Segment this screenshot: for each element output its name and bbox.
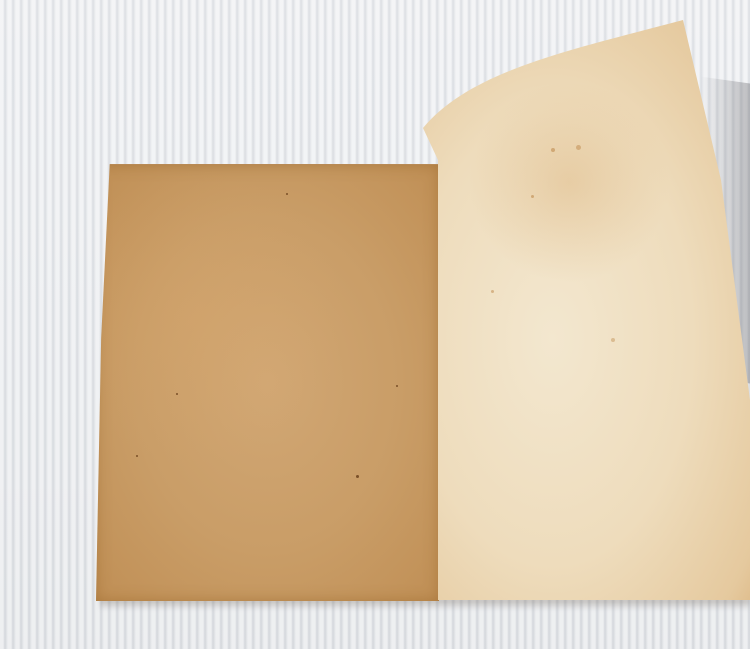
speck [286, 193, 288, 195]
foxing-spot [531, 195, 534, 198]
left-page [96, 164, 439, 601]
speck [136, 455, 138, 457]
foxing-spot [551, 148, 555, 152]
foxing-spot [611, 338, 615, 342]
speck [176, 393, 178, 395]
speck [356, 475, 359, 478]
right-page [421, 20, 750, 600]
speck [396, 385, 398, 387]
foxing-spot [576, 145, 581, 150]
foxing-spot [491, 290, 494, 293]
